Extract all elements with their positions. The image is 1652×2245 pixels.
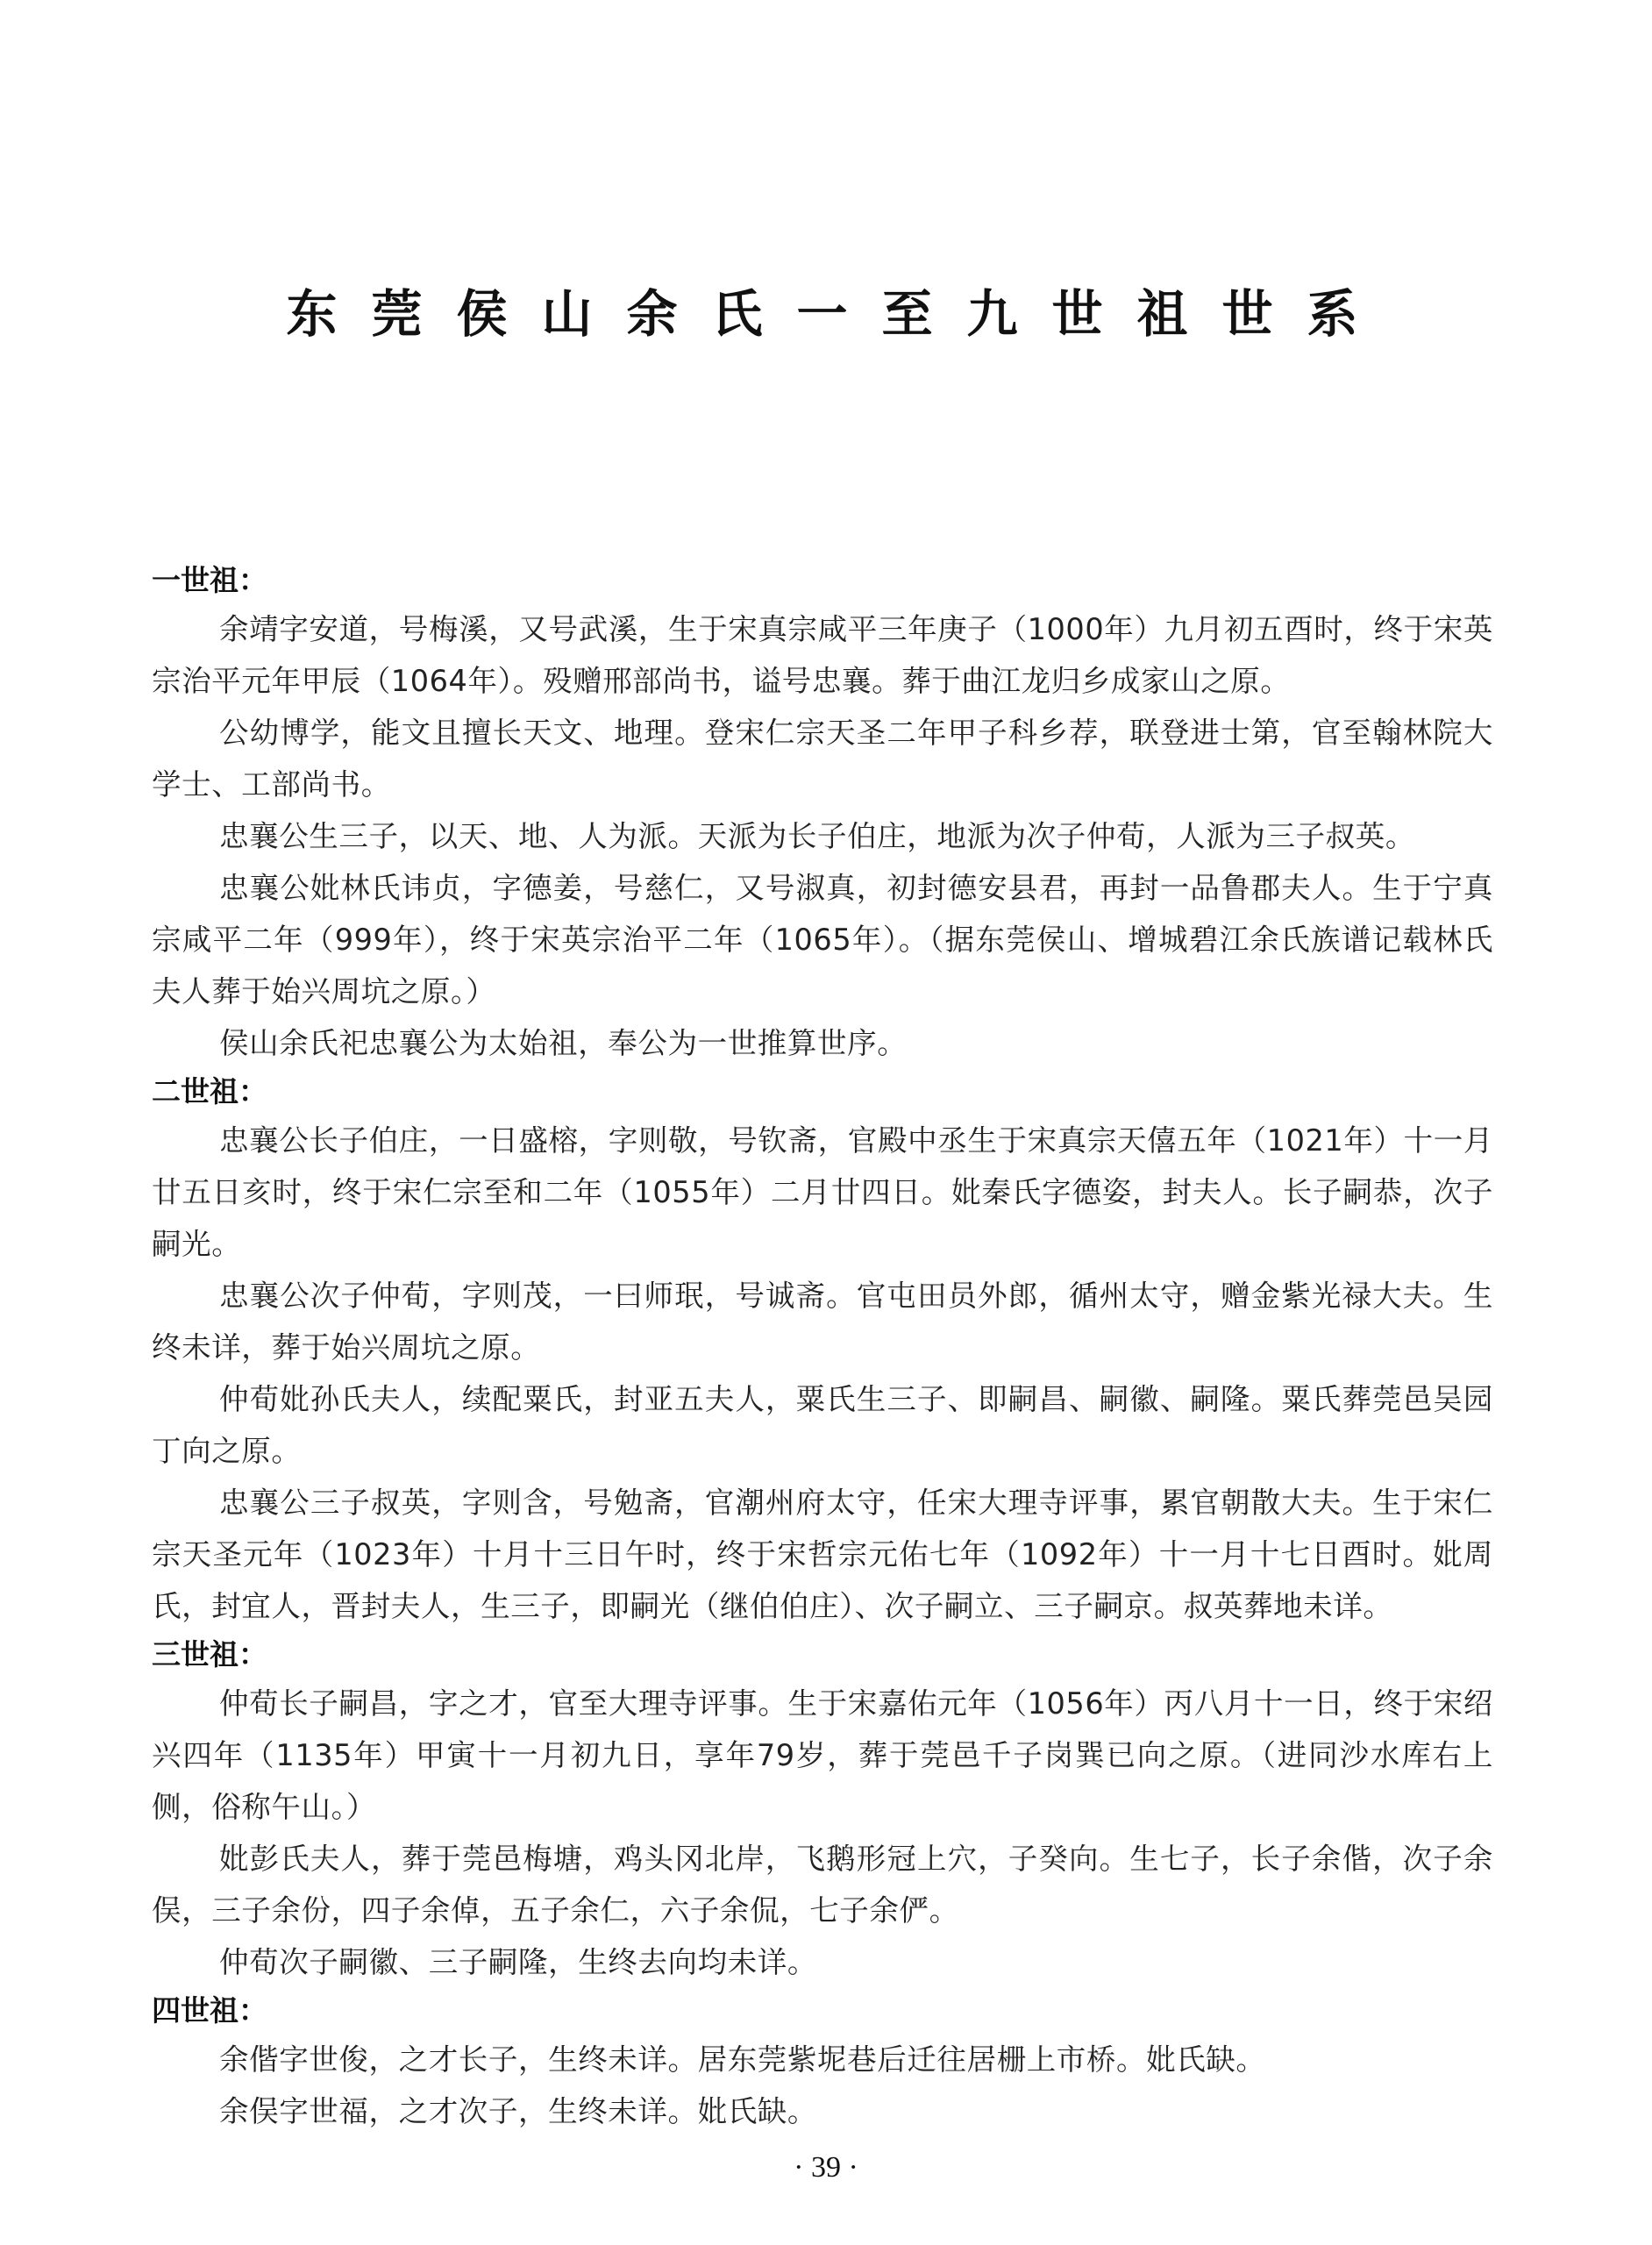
section-generation-4: 四世祖： 余偕字世俊，之才长子，生终未详。居东莞紫坭巷后迁往居栅上市桥。妣氏缺。… — [152, 1988, 1493, 2137]
section-generation-2: 二世祖： 忠襄公长子伯庄，一日盛榕，字则敬，号钦斋，官殿中丞生于宋真宗天僖五年（… — [152, 1069, 1493, 1632]
paragraph: 忠襄公长子伯庄，一日盛榕，字则敬，号钦斋，官殿中丞生于宋真宗天僖五年（1021年… — [152, 1115, 1493, 1270]
section-generation-3: 三世祖： 仲荀长子嗣昌，字之才，官至大理寺评事。生于宋嘉佑元年（1056年）丙八… — [152, 1632, 1493, 1988]
paragraph: 仲荀长子嗣昌，字之才，官至大理寺评事。生于宋嘉佑元年（1056年）丙八月十一日，… — [152, 1678, 1493, 1833]
paragraph: 忠襄公生三子，以天、地、人为派。天派为长子伯庄，地派为次子仲荀，人派为三子叔英。 — [152, 810, 1493, 862]
paragraph: 余偕字世俊，之才长子，生终未详。居东莞紫坭巷后迁往居栅上市桥。妣氏缺。 — [152, 2034, 1493, 2085]
paragraph: 侯山余氏祀忠襄公为太始祖，奉公为一世推算世序。 — [152, 1017, 1493, 1069]
paragraph: 忠襄公三子叔英，字则含，号勉斋，官潮州府太守，任宋大理寺评事，累官朝散大夫。生于… — [152, 1477, 1493, 1632]
paragraph: 余靖字安道，号梅溪，又号武溪，生于宋真宗咸平三年庚子（1000年）九月初五酉时，… — [152, 603, 1493, 707]
document-page: 东莞侯山余氏一至九世祖世系 一世祖： 余靖字安道，号梅溪，又号武溪，生于宋真宗咸… — [0, 0, 1652, 2245]
paragraph: 公幼博学，能文且擅长天文、地理。登宋仁宗天圣二年甲子科乡荐，联登进士第，官至翰林… — [152, 707, 1493, 810]
generation-heading: 二世祖： — [152, 1069, 1493, 1115]
generation-heading: 四世祖： — [152, 1988, 1493, 2034]
generation-heading: 三世祖： — [152, 1632, 1493, 1678]
page-number: · 39 · — [0, 2150, 1652, 2185]
paragraph: 余俣字世福，之才次子，生终未详。妣氏缺。 — [152, 2085, 1493, 2137]
paragraph: 忠襄公次子仲荀，字则茂，一曰师珉，号诚斋。官屯田员外郎，循州太守，赠金紫光禄大夫… — [152, 1270, 1493, 1373]
paragraph: 仲荀次子嗣徽、三子嗣隆，生终去向均未详。 — [152, 1936, 1493, 1988]
paragraph: 仲荀妣孙氏夫人，续配粟氏，封亚五夫人，粟氏生三子、即嗣昌、嗣徽、嗣隆。粟氏葬莞邑… — [152, 1373, 1493, 1477]
genealogy-body: 一世祖： 余靖字安道，号梅溪，又号武溪，生于宋真宗咸平三年庚子（1000年）九月… — [152, 558, 1493, 2137]
section-generation-1: 一世祖： 余靖字安道，号梅溪，又号武溪，生于宋真宗咸平三年庚子（1000年）九月… — [152, 558, 1493, 1069]
paragraph: 忠襄公妣林氏讳贞，字德姜，号慈仁，又号淑真，初封德安县君，再封一品鲁郡夫人。生于… — [152, 862, 1493, 1017]
generation-heading: 一世祖： — [152, 558, 1493, 603]
page-title: 东莞侯山余氏一至九世祖世系 — [0, 279, 1652, 349]
paragraph: 妣彭氏夫人，葬于莞邑梅塘，鸡头冈北岸，飞鹅形冠上穴，子癸向。生七子，长子余偕，次… — [152, 1833, 1493, 1936]
